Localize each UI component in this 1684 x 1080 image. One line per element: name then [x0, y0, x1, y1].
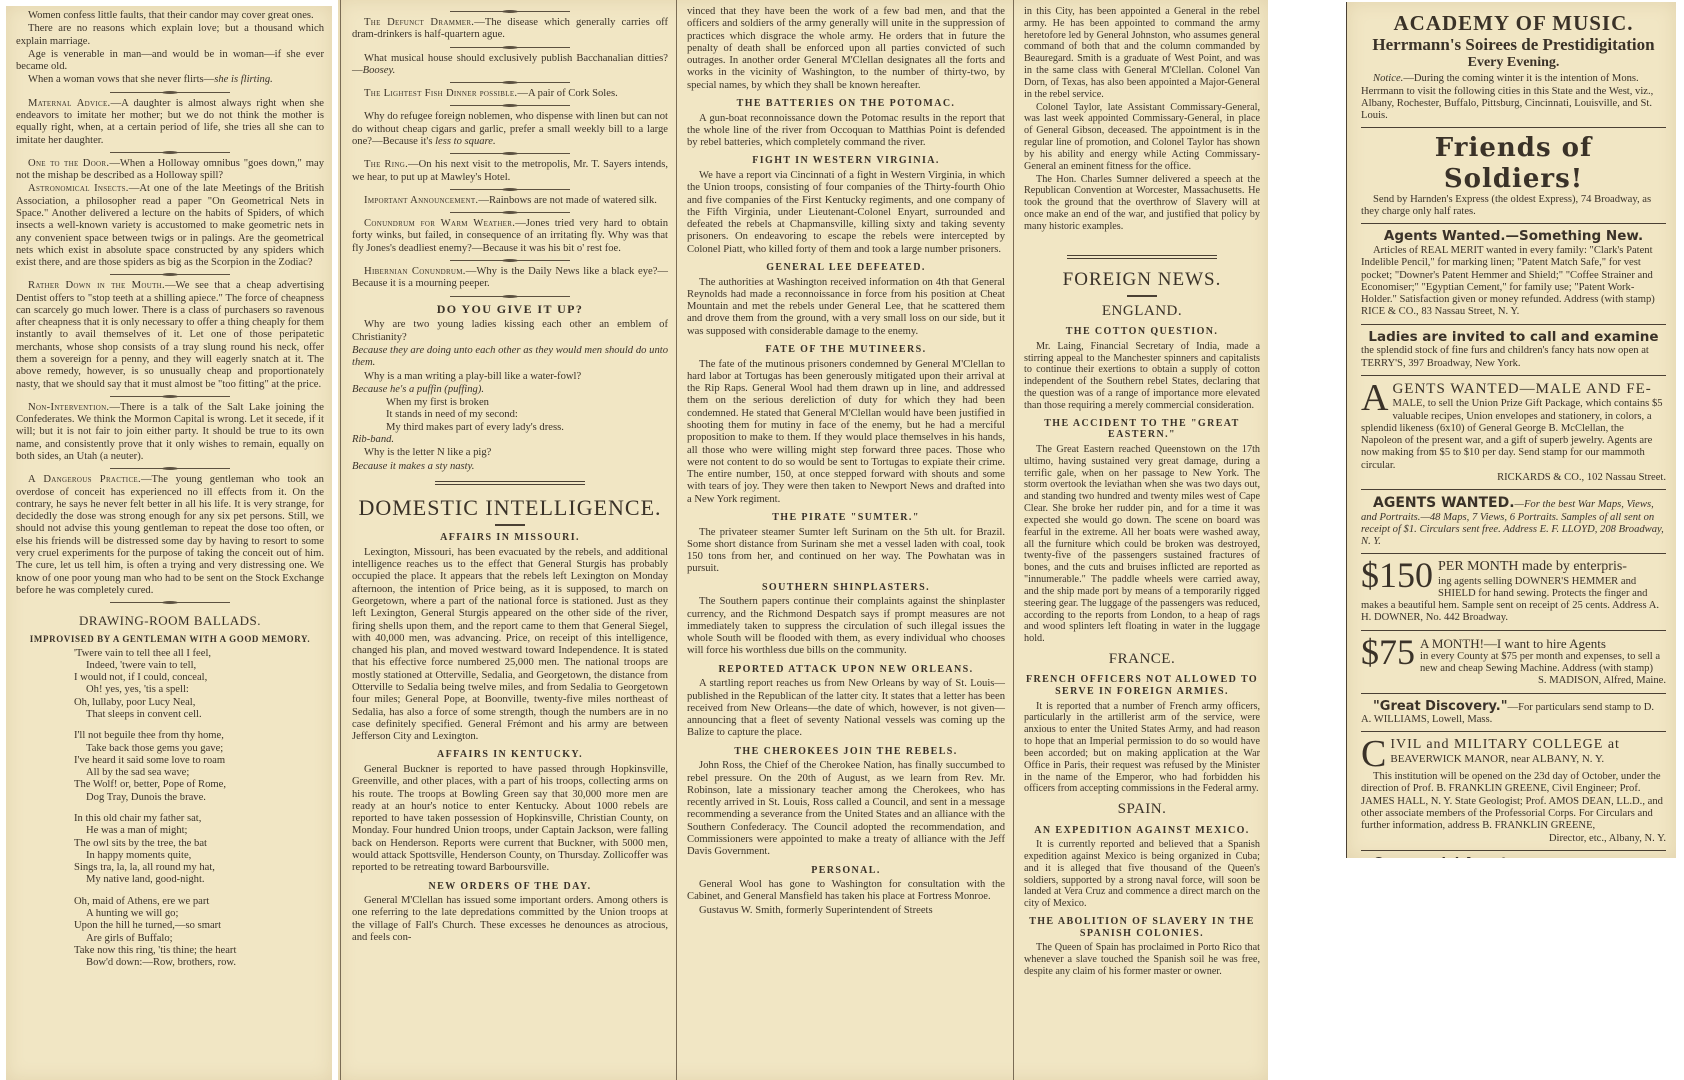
- article-body: Lexington, Missouri, has been evacuated …: [352, 547, 668, 744]
- maxim: When a woman vows that she never flirts—…: [16, 74, 324, 86]
- article-body: The Hon. Charles Sumner delivered a spee…: [1024, 174, 1260, 233]
- divider: [110, 274, 230, 275]
- poem: 'Twere vain to tell thee all I feel,Inde…: [16, 648, 324, 970]
- section-title-domestic: DOMESTIC INTELLIGENCE.: [352, 495, 668, 521]
- divider: [110, 468, 230, 469]
- ad-ladies-furs: Ladies are invited to call and examine t…: [1361, 327, 1666, 376]
- maxim: There are no reasons which explain love;…: [16, 23, 324, 48]
- riddle-verse: When my first is brokenIt stands in need…: [352, 397, 668, 434]
- paragraph: Hibernian Conundrum.—Why is the Daily Ne…: [352, 266, 668, 291]
- ad-military-college: C IVIL and MILITARY COLLEGE at BEAVERWIC…: [1361, 734, 1666, 851]
- riddle-answer: Because they are doing unto each other a…: [352, 345, 668, 370]
- article-heading: PERSONAL.: [687, 865, 1005, 877]
- column-4: in this City, has been appointed a Gener…: [1014, 2, 1268, 979]
- divider: [450, 189, 570, 190]
- article-body: The Great Eastern reached Queenstown on …: [1024, 444, 1260, 645]
- ad-commercial-agents: Commercial Agents wanted. Large commissi…: [1361, 853, 1666, 858]
- divider: [450, 212, 570, 213]
- country-heading: SPAIN.: [1024, 801, 1260, 818]
- riddle-question: Why is a man writing a play-bill like a …: [352, 371, 668, 383]
- paragraph: The Lightest Fish Dinner possible.—A pai…: [352, 88, 668, 100]
- article-body: We have a report via Cincinnati of a fig…: [687, 170, 1005, 256]
- clipping-humor-column: Women confess little faults, that their …: [6, 6, 332, 1080]
- paragraph: A Dangerous Practice.—The young gentlema…: [16, 474, 324, 597]
- ad-agents-war-maps: AGENTS WANTED.—For the best War Maps, Vi…: [1361, 492, 1666, 554]
- divider: [450, 153, 570, 154]
- paragraph: The Defunct Drammer.—The disease which g…: [352, 17, 668, 42]
- divider: [450, 296, 570, 297]
- divider: [110, 602, 230, 603]
- country-heading: ENGLAND.: [1024, 303, 1260, 320]
- article-body: The authorities at Washington received i…: [687, 277, 1005, 338]
- article-body: The privateer steamer Sumter left Surina…: [687, 527, 1005, 576]
- ballads-title: DRAWING-ROOM BALLADS.: [16, 613, 324, 628]
- paragraph: One to the Door.—When a Holloway omnibus…: [16, 158, 324, 183]
- article-heading: THE ACCIDENT TO THE "GREAT EASTERN.": [1024, 418, 1260, 441]
- section-title-foreign: FOREIGN NEWS.: [1024, 269, 1260, 291]
- article-heading: REPORTED ATTACK UPON NEW ORLEANS.: [687, 664, 1005, 676]
- article-body: It is currently reported and believed th…: [1024, 839, 1260, 910]
- article-body: John Ross, the Chief of the Cherokee Nat…: [687, 760, 1005, 858]
- article-heading: THE COTTON QUESTION.: [1024, 326, 1260, 338]
- maxim: Women confess little faults, that their …: [16, 10, 324, 22]
- article-body: Gustavus W. Smith, formerly Superintende…: [687, 905, 1005, 917]
- article-heading: AN EXPEDITION AGAINST MEXICO.: [1024, 825, 1260, 837]
- riddles-title: DO YOU GIVE IT UP?: [352, 303, 668, 317]
- divider: [450, 82, 570, 83]
- riddle-answer: Because he's a puffin (puffing).: [352, 384, 668, 396]
- divider: [110, 152, 230, 153]
- double-rule: [1067, 255, 1217, 259]
- article-heading: THE PIRATE "SUMTER.": [687, 512, 1005, 524]
- ad-academy-of-music: ACADEMY OF MUSIC. Herrmann's Soirees de …: [1361, 8, 1666, 128]
- ad-agents-male-female: A GENTS WANTED—MALE AND FE- MALE, to sel…: [1361, 378, 1666, 490]
- article-heading: THE ABOLITION OF SLAVERY IN THE SPANISH …: [1024, 916, 1260, 939]
- article-heading: FATE OF THE MUTINEERS.: [687, 344, 1005, 356]
- article-body: in this City, has been appointed a Gener…: [1024, 6, 1260, 101]
- divider: [450, 47, 570, 48]
- article-heading: AFFAIRS IN MISSOURI.: [352, 532, 668, 544]
- article-heading: THE CHEROKEES JOIN THE REBELS.: [687, 746, 1005, 758]
- paragraph: Astronomical Insects.—At one of the late…: [16, 183, 324, 269]
- divider: [450, 105, 570, 106]
- ad-downer-hemmer: $150 PER MONTH made by enterpris- ing ag…: [1361, 556, 1666, 630]
- ad-agents-something-new: Agents Wanted.—Something New. Articles o…: [1361, 226, 1666, 324]
- divider: [450, 11, 570, 12]
- article-body: It is reported that a number of French a…: [1024, 701, 1260, 796]
- article-body: The Southern papers continue their compl…: [687, 596, 1005, 657]
- column-2: The Defunct Drammer.—The disease which g…: [342, 2, 676, 945]
- column-1: Women confess little faults, that their …: [6, 6, 332, 969]
- paragraph: Rather Down in the Mouth.—We see that a …: [16, 280, 324, 391]
- ads-column: ACADEMY OF MUSIC. Herrmann's Soirees de …: [1347, 2, 1676, 858]
- ad-friends-of-soldiers: Friends of Soldiers! Send by Harnden's E…: [1361, 130, 1666, 224]
- article-heading: GENERAL LEE DEFEATED.: [687, 262, 1005, 274]
- article-body: Mr. Laing, Financial Secretary of India,…: [1024, 341, 1260, 412]
- paragraph: Non-Intervention.—There is a talk of the…: [16, 402, 324, 463]
- article-heading: FIGHT IN WESTERN VIRGINIA.: [687, 155, 1005, 167]
- paragraph: Why do refugee foreign noblemen, who dis…: [352, 111, 668, 148]
- ad-great-discovery: "Great Discovery."—For particulars send …: [1361, 696, 1666, 733]
- paragraph: Maternal Advice.—A daughter is almost al…: [16, 98, 324, 147]
- ad-sewing-machine-agents: $75 A MONTH!—I want to hire Agents in ev…: [1361, 633, 1666, 694]
- paragraph: Important Announcement.—Rainbows are not…: [352, 195, 668, 207]
- article-body: The Queen of Spain has proclaimed in Por…: [1024, 942, 1260, 977]
- article-body: The fate of the mutinous prisoners conde…: [687, 359, 1005, 506]
- divider: [495, 524, 525, 526]
- paragraph: What musical house should exclusively pu…: [352, 53, 668, 78]
- country-heading: FRANCE.: [1024, 651, 1260, 668]
- article-heading: THE BATTERIES ON THE POTOMAC.: [687, 98, 1005, 110]
- column-3: vinced that they have been the work of a…: [677, 2, 1013, 918]
- ballads-subtitle: IMPROVISED BY A GENTLEMAN WITH A GOOD ME…: [16, 634, 324, 644]
- article-body: vinced that they have been the work of a…: [687, 6, 1005, 92]
- clipping-news-columns: The Defunct Drammer.—The disease which g…: [338, 0, 1268, 1080]
- paragraph: Conundrum for Warm Weather.—Jones tried …: [352, 218, 668, 255]
- double-rule: [435, 481, 585, 485]
- article-body: A gun-boat reconnoissance down the Potom…: [687, 113, 1005, 150]
- divider: [110, 396, 230, 397]
- riddle-question: Why is the letter N like a pig?: [352, 447, 668, 459]
- article-body: General Buckner is reported to have pass…: [352, 764, 668, 875]
- article-body: General M'Clellan has issued some import…: [352, 895, 668, 944]
- article-body: Colonel Taylor, late Assistant Commissar…: [1024, 102, 1260, 173]
- divider: [1127, 295, 1157, 297]
- article-heading: SOUTHERN SHINPLASTERS.: [687, 582, 1005, 594]
- article-heading: FRENCH OFFICERS NOT ALLOWED TO SERVE IN …: [1024, 674, 1260, 697]
- riddle-question: Why are two young ladies kissing each ot…: [352, 319, 668, 344]
- article-body: A startling report reaches us from New O…: [687, 678, 1005, 739]
- article-heading: AFFAIRS IN KENTUCKY.: [352, 749, 668, 761]
- riddle-answer: Rib-band.: [352, 434, 668, 446]
- divider: [110, 92, 230, 93]
- article-heading: NEW ORDERS OF THE DAY.: [352, 881, 668, 893]
- paragraph: The Ring.—On his next visit to the metro…: [352, 159, 668, 184]
- riddle-answer: Because it makes a sty nasty.: [352, 461, 668, 473]
- article-body: General Wool has gone to Washington for …: [687, 879, 1005, 904]
- maxim: Age is venerable in man—and would be in …: [16, 49, 324, 74]
- clipping-advertisements: ACADEMY OF MUSIC. Herrmann's Soirees de …: [1346, 2, 1676, 858]
- divider: [450, 260, 570, 261]
